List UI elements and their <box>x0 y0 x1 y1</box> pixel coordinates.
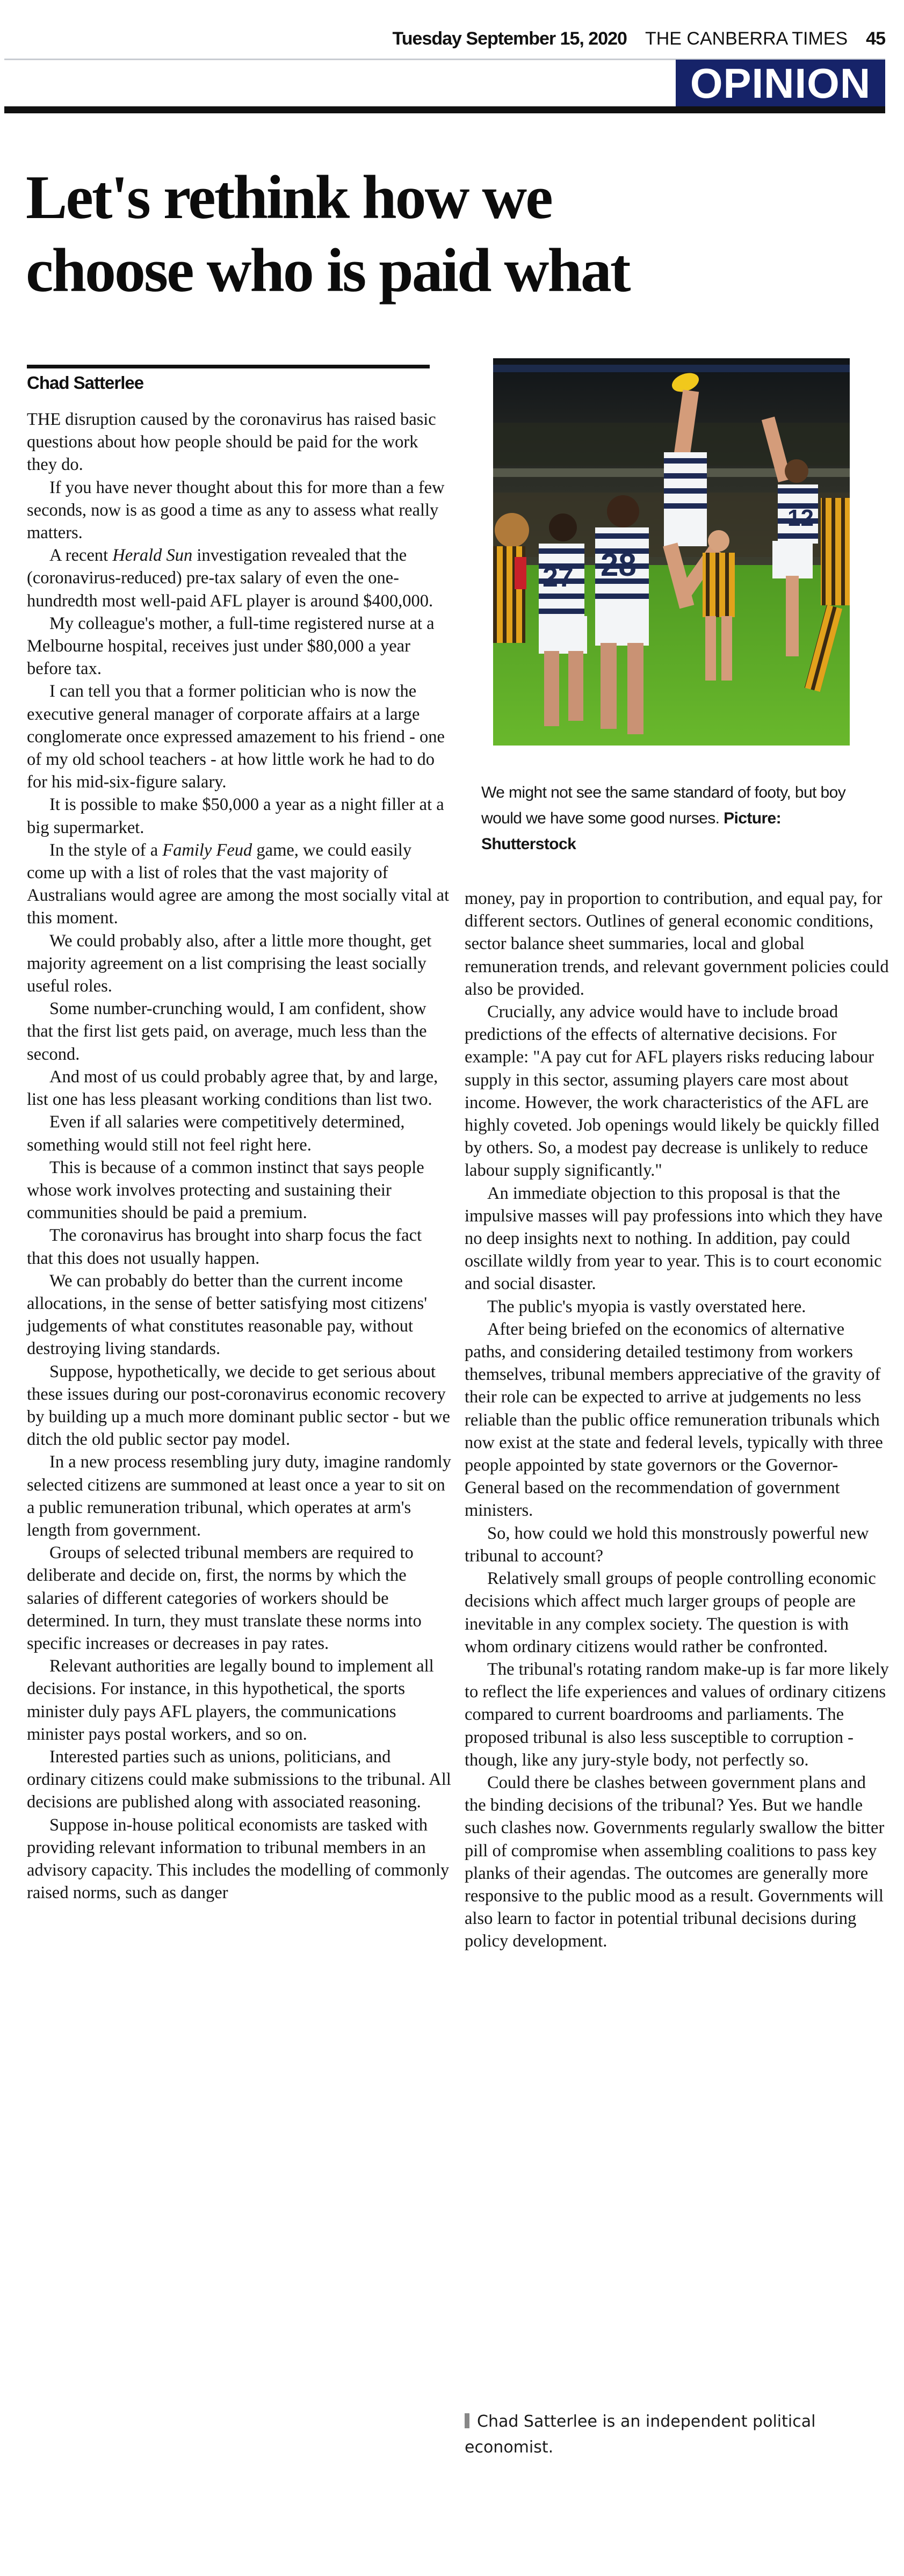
photo-caption: We might not see the same standard of fo… <box>481 780 868 857</box>
paragraph: It is possible to make $50,000 a year as… <box>27 793 451 838</box>
paragraph: My colleague's mother, a full-time regis… <box>27 612 451 681</box>
paragraph: THE disruption caused by the coronavirus… <box>27 408 451 476</box>
paragraph: After being briefed on the economics of … <box>465 1318 889 1522</box>
paragraph: The public's myopia is vastly overstated… <box>465 1296 889 1318</box>
paragraph: We can probably do better than the curre… <box>27 1270 451 1361</box>
issue-date: Tuesday September 15, 2020 <box>393 28 627 49</box>
paragraph: And most of us could probably agree that… <box>27 1066 451 1111</box>
byline-divider <box>27 365 430 368</box>
svg-text:27: 27 <box>543 562 574 593</box>
svg-text:12: 12 <box>787 505 814 531</box>
article-headline: Let's rethink how we choose who is paid … <box>26 161 778 307</box>
author-bio: Chad Satterlee is an independent politic… <box>465 2409 889 2461</box>
paragraph: If you have never thought about this for… <box>27 476 451 545</box>
paragraph: Suppose in-house political economists ar… <box>27 1814 451 1905</box>
headline-line-2: choose who is paid what <box>26 236 629 305</box>
paragraph: Groups of selected tribunal members are … <box>27 1542 451 1655</box>
paragraph: In a new process resembling jury duty, i… <box>27 1451 451 1542</box>
paragraph: Could there be clashes between governmen… <box>465 1771 889 1953</box>
paragraph: The coronavirus has brought into sharp f… <box>27 1224 451 1269</box>
masthead-thick-divider <box>4 106 885 113</box>
paragraph: A recent Herald Sun investigation reveal… <box>27 544 451 612</box>
paragraph: Crucially, any advice would have to incl… <box>465 1001 889 1182</box>
paragraph: Even if all salaries were competitively … <box>27 1111 451 1156</box>
paragraph: Interested parties such as unions, polit… <box>27 1746 451 1814</box>
paragraph: This is because of a common instinct tha… <box>27 1156 451 1225</box>
byline-author: Chad Satterlee <box>27 372 143 394</box>
newspaper-name: THE CANBERRA TIMES <box>645 28 848 49</box>
page-number: 45 <box>866 28 885 49</box>
paragraph: I can tell you that a former politician … <box>27 680 451 793</box>
paragraph: Relatively small groups of people contro… <box>465 1567 889 1658</box>
bio-marker-icon <box>465 2413 469 2428</box>
show-name: Family Feud <box>162 841 252 860</box>
paragraph: An immediate objection to this proposal … <box>465 1182 889 1296</box>
publication-name: Herald Sun <box>112 546 192 565</box>
paragraph: Some number-crunching would, I am confid… <box>27 997 451 1066</box>
paragraph: Suppose, hypothetically, we decide to ge… <box>27 1361 451 1451</box>
paragraph: We could probably also, after a little m… <box>27 930 451 998</box>
article-column-left: THE disruption caused by the coronavirus… <box>27 408 451 1904</box>
paragraph: money, pay in proportion to contribution… <box>465 887 889 1001</box>
paragraph: The tribunal's rotating random make-up i… <box>465 1658 889 1771</box>
svg-text:28: 28 <box>601 547 637 583</box>
paragraph: So, how could we hold this monstrously p… <box>465 1522 889 1567</box>
paragraph: Relevant authorities are legally bound t… <box>27 1655 451 1746</box>
section-label-opinion: OPINION <box>676 60 885 107</box>
paragraph: In the style of a Family Feud game, we c… <box>27 839 451 930</box>
caption-text: We might not see the same standard of fo… <box>481 784 845 827</box>
article-column-right: money, pay in proportion to contribution… <box>465 887 889 1953</box>
author-bio-text: Chad Satterlee is an independent politic… <box>465 2412 815 2457</box>
article-photo-afl-match: 12 28 27 <box>493 358 850 746</box>
headline-line-1: Let's rethink how we <box>26 163 552 232</box>
masthead-dateline: Tuesday September 15, 2020THE CANBERRA T… <box>0 28 885 49</box>
